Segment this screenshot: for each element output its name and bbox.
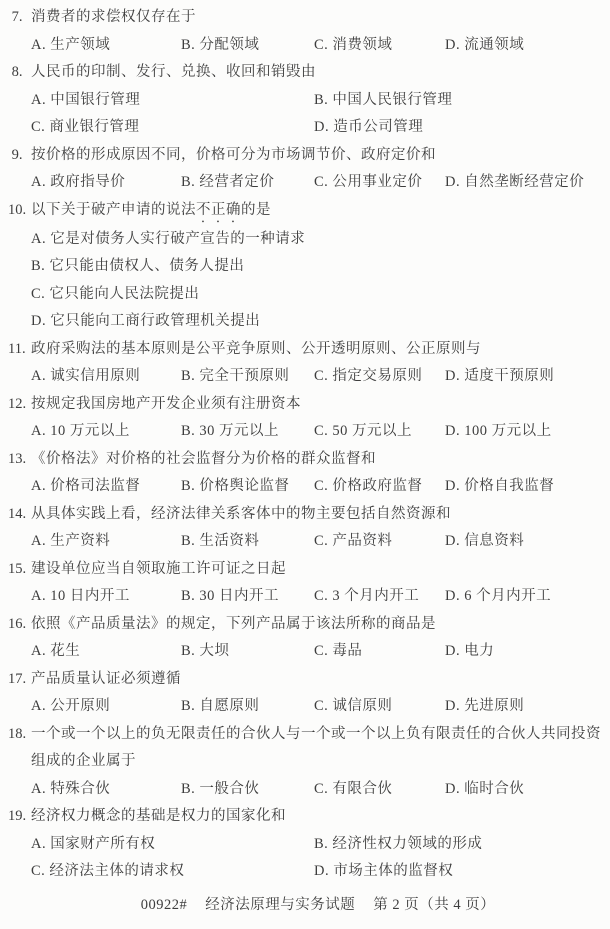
option-c: C. 指定交易原则 xyxy=(314,363,445,391)
option-b: B. 自愿原则 xyxy=(181,693,314,721)
option-c: C. 50 万元以上 xyxy=(314,418,445,446)
exam-page: 7.消费者的求偿权仅存在于 A. 生产领域 B. 分配领域 C. 消费领域 D.… xyxy=(0,0,610,919)
question-14: 14.从具体实践上看，经济法律关系客体中的物主要包括自然资源和 A. 生产资料 … xyxy=(8,501,604,556)
question-8: 8.人民币的印制、发行、兑换、收回和销毁由 A. 中国银行管理 B. 中国人民银… xyxy=(8,59,604,142)
option-b: B. 30 万元以上 xyxy=(181,418,314,446)
question-12: 12.按规定我国房地产开发企业须有注册资本 A. 10 万元以上 B. 30 万… xyxy=(8,391,604,446)
question-options: A. 价格司法监督 B. 价格舆论监督 C. 价格政府监督 D. 价格自我监督 xyxy=(8,473,604,501)
option-d: D. 6 个月内开工 xyxy=(445,583,604,611)
question-19: 19.经济权力概念的基础是权力的国家化和 A. 国家财产所有权 B. 经济性权力… xyxy=(8,803,604,886)
question-number: 9. xyxy=(8,142,31,170)
option-a: A. 生产资料 xyxy=(31,528,181,556)
question-number: 10. xyxy=(8,197,31,225)
option-d: D. 电力 xyxy=(445,638,604,666)
exam-code: 00922# xyxy=(141,892,188,920)
question-number: 19. xyxy=(8,803,31,831)
question-options: A. 公开原则 B. 自愿原则 C. 诚信原则 D. 先进原则 xyxy=(8,693,604,721)
question-number: 8. xyxy=(8,59,31,87)
exam-title: 经济法原理与实务试题 xyxy=(205,892,355,920)
option-b: B. 它只能由债权人、债务人提出 xyxy=(31,258,244,274)
question-stem: 7.消费者的求偿权仅存在于 xyxy=(8,4,604,32)
question-number: 18. xyxy=(8,721,31,749)
question-options: A. 花生 B. 大坝 C. 毒品 D. 电力 xyxy=(8,638,604,666)
question-stem-text: 政府采购法的基本原则是公平竞争原则、公开透明原则、公正原则与 xyxy=(31,341,481,357)
question-17: 17.产品质量认证必须遵循 A. 公开原则 B. 自愿原则 C. 诚信原则 D.… xyxy=(8,666,604,721)
option-b: B. 经营者定价 xyxy=(181,169,314,197)
question-options: A. 中国银行管理 B. 中国人民银行管理 xyxy=(8,87,604,115)
question-stem: 16.依照《产品质量法》的规定，下列产品属于该法所称的商品是 xyxy=(8,611,604,639)
option-c: C. 经济法主体的请求权 xyxy=(31,858,314,886)
option-c: C. 3 个月内开工 xyxy=(314,583,445,611)
option-d: D. 流通领域 xyxy=(445,32,604,60)
question-options: A. 政府指导价 B. 经营者定价 C. 公用事业定价 D. 自然垄断经营定价 xyxy=(8,169,604,197)
option-b: B. 经济性权力领域的形成 xyxy=(314,831,604,859)
question-stem-text: 的是 xyxy=(241,202,271,218)
question-stem-text: 从具体实践上看，经济法律关系客体中的物主要包括自然资源和 xyxy=(31,506,451,522)
question-stem-text: 依照《产品质量法》的规定，下列产品属于该法所称的商品是 xyxy=(31,616,436,632)
question-stem: 14.从具体实践上看，经济法律关系客体中的物主要包括自然资源和 xyxy=(8,501,604,529)
question-stem-emphasis: 不正确 xyxy=(196,202,241,218)
question-number: 14. xyxy=(8,501,31,529)
question-13: 13.《价格法》对价格的社会监督分为价格的群众监督和 A. 价格司法监督 B. … xyxy=(8,446,604,501)
option-a: A. 特殊合伙 xyxy=(31,776,181,804)
option-a: A. 公开原则 xyxy=(31,693,181,721)
question-options: A. 它是对债务人实行破产宣告的一种请求 xyxy=(8,226,604,254)
question-options: A. 10 日内开工 B. 30 日内开工 C. 3 个月内开工 D. 6 个月… xyxy=(8,583,604,611)
question-options: D. 它只能向工商行政管理机关提出 xyxy=(8,308,604,336)
question-number: 12. xyxy=(8,391,31,419)
option-a: A. 花生 xyxy=(31,638,181,666)
option-d: D. 100 万元以上 xyxy=(445,418,604,446)
question-stem-text: 以下关于破产申请的说法 xyxy=(31,202,196,218)
question-number: 13. xyxy=(8,446,31,474)
question-stem-text: 人民币的印制、发行、兑换、收回和销毁由 xyxy=(31,64,316,80)
question-number: 7. xyxy=(8,4,31,32)
option-c: C. 商业银行管理 xyxy=(31,114,314,142)
option-d: D. 市场主体的监督权 xyxy=(314,858,604,886)
question-16: 16.依照《产品质量法》的规定，下列产品属于该法所称的商品是 A. 花生 B. … xyxy=(8,611,604,666)
option-b: B. 完全干预原则 xyxy=(181,363,314,391)
option-a: A. 诚实信用原则 xyxy=(31,363,181,391)
option-a: A. 政府指导价 xyxy=(31,169,181,197)
option-a: A. 它是对债务人实行破产宣告的一种请求 xyxy=(31,231,305,247)
option-c: C. 它只能向人民法院提出 xyxy=(31,286,199,302)
question-options: A. 10 万元以上 B. 30 万元以上 C. 50 万元以上 D. 100 … xyxy=(8,418,604,446)
option-d: D. 它只能向工商行政管理机关提出 xyxy=(31,313,260,329)
question-options: B. 它只能由债权人、债务人提出 xyxy=(8,253,604,281)
question-11: 11.政府采购法的基本原则是公平竞争原则、公开透明原则、公正原则与 A. 诚实信… xyxy=(8,336,604,391)
question-15: 15.建设单位应当自领取施工许可证之日起 A. 10 日内开工 B. 30 日内… xyxy=(8,556,604,611)
option-c: C. 公用事业定价 xyxy=(314,169,445,197)
option-b: B. 价格舆论监督 xyxy=(181,473,314,501)
option-c: C. 毒品 xyxy=(314,638,445,666)
question-number: 15. xyxy=(8,556,31,584)
question-options: C. 经济法主体的请求权 D. 市场主体的监督权 xyxy=(8,858,604,886)
option-d: D. 临时合伙 xyxy=(445,776,604,804)
question-number: 17. xyxy=(8,666,31,694)
question-stem: 10.以下关于破产申请的说法不正确的是 xyxy=(8,197,604,226)
option-a: A. 生产领域 xyxy=(31,32,181,60)
question-9: 9.按价格的形成原因不同，价格可分为市场调节价、政府定价和 A. 政府指导价 B… xyxy=(8,142,604,197)
question-number: 11. xyxy=(8,336,31,364)
question-stem: 8.人民币的印制、发行、兑换、收回和销毁由 xyxy=(8,59,604,87)
option-d: D. 价格自我监督 xyxy=(445,473,604,501)
question-options: A. 诚实信用原则 B. 完全干预原则 C. 指定交易原则 D. 适度干预原则 xyxy=(8,363,604,391)
option-b: B. 30 日内开工 xyxy=(181,583,314,611)
option-c: C. 消费领域 xyxy=(314,32,445,60)
option-a: A. 10 日内开工 xyxy=(31,583,181,611)
option-d: D. 自然垄断经营定价 xyxy=(445,169,604,197)
question-stem: 18.一个或一个以上的负无限责任的合伙人与一个或一个以上负有限责任的合伙人共同投… xyxy=(8,721,604,776)
question-stem-text: 建设单位应当自领取施工许可证之日起 xyxy=(31,561,286,577)
question-7: 7.消费者的求偿权仅存在于 A. 生产领域 B. 分配领域 C. 消费领域 D.… xyxy=(8,4,604,59)
question-stem-text: 一个或一个以上的负无限责任的合伙人与一个或一个以上负有限责任的合伙人共同投资组成… xyxy=(31,726,601,770)
option-c: C. 产品资料 xyxy=(314,528,445,556)
question-stem-text: 按规定我国房地产开发企业须有注册资本 xyxy=(31,396,301,412)
option-d: D. 适度干预原则 xyxy=(445,363,604,391)
question-stem: 15.建设单位应当自领取施工许可证之日起 xyxy=(8,556,604,584)
page-number: 第 2 页（共 4 页） xyxy=(373,892,495,920)
option-b: B. 分配领域 xyxy=(181,32,314,60)
question-options: A. 生产领域 B. 分配领域 C. 消费领域 D. 流通领域 xyxy=(8,32,604,60)
question-number: 16. xyxy=(8,611,31,639)
question-stem: 13.《价格法》对价格的社会监督分为价格的群众监督和 xyxy=(8,446,604,474)
question-stem: 19.经济权力概念的基础是权力的国家化和 xyxy=(8,803,604,831)
question-stem-text: 消费者的求偿权仅存在于 xyxy=(31,9,196,25)
question-stem: 12.按规定我国房地产开发企业须有注册资本 xyxy=(8,391,604,419)
option-b: B. 一般合伙 xyxy=(181,776,314,804)
option-a: A. 10 万元以上 xyxy=(31,418,181,446)
option-d: D. 信息资料 xyxy=(445,528,604,556)
question-stem-text: 按价格的形成原因不同，价格可分为市场调节价、政府定价和 xyxy=(31,147,436,163)
question-options: A. 国家财产所有权 B. 经济性权力领域的形成 xyxy=(8,831,604,859)
question-stem-text: 《价格法》对价格的社会监督分为价格的群众监督和 xyxy=(31,451,376,467)
question-options: C. 它只能向人民法院提出 xyxy=(8,281,604,309)
question-stem-text: 经济权力概念的基础是权力的国家化和 xyxy=(31,808,286,824)
option-b: B. 大坝 xyxy=(181,638,314,666)
question-stem: 17.产品质量认证必须遵循 xyxy=(8,666,604,694)
question-options: A. 生产资料 B. 生活资料 C. 产品资料 D. 信息资料 xyxy=(8,528,604,556)
question-10: 10.以下关于破产申请的说法不正确的是 A. 它是对债务人实行破产宣告的一种请求… xyxy=(8,197,604,336)
option-b: B. 生活资料 xyxy=(181,528,314,556)
option-b: B. 中国人民银行管理 xyxy=(314,87,604,115)
option-c: C. 诚信原则 xyxy=(314,693,445,721)
option-d: D. 造币公司管理 xyxy=(314,114,604,142)
option-c: C. 有限合伙 xyxy=(314,776,445,804)
question-options: A. 特殊合伙 B. 一般合伙 C. 有限合伙 D. 临时合伙 xyxy=(8,776,604,804)
option-d: D. 先进原则 xyxy=(445,693,604,721)
option-a: A. 中国银行管理 xyxy=(31,87,314,115)
question-18: 18.一个或一个以上的负无限责任的合伙人与一个或一个以上负有限责任的合伙人共同投… xyxy=(8,721,604,804)
question-stem: 9.按价格的形成原因不同，价格可分为市场调节价、政府定价和 xyxy=(8,142,604,170)
option-a: A. 价格司法监督 xyxy=(31,473,181,501)
option-c: C. 价格政府监督 xyxy=(314,473,445,501)
page-footer: 00922# 经济法原理与实务试题 第 2 页（共 4 页） xyxy=(20,892,610,920)
option-a: A. 国家财产所有权 xyxy=(31,831,314,859)
question-options: C. 商业银行管理 D. 造币公司管理 xyxy=(8,114,604,142)
question-stem-text: 产品质量认证必须遵循 xyxy=(31,671,181,687)
question-stem: 11.政府采购法的基本原则是公平竞争原则、公开透明原则、公正原则与 xyxy=(8,336,604,364)
